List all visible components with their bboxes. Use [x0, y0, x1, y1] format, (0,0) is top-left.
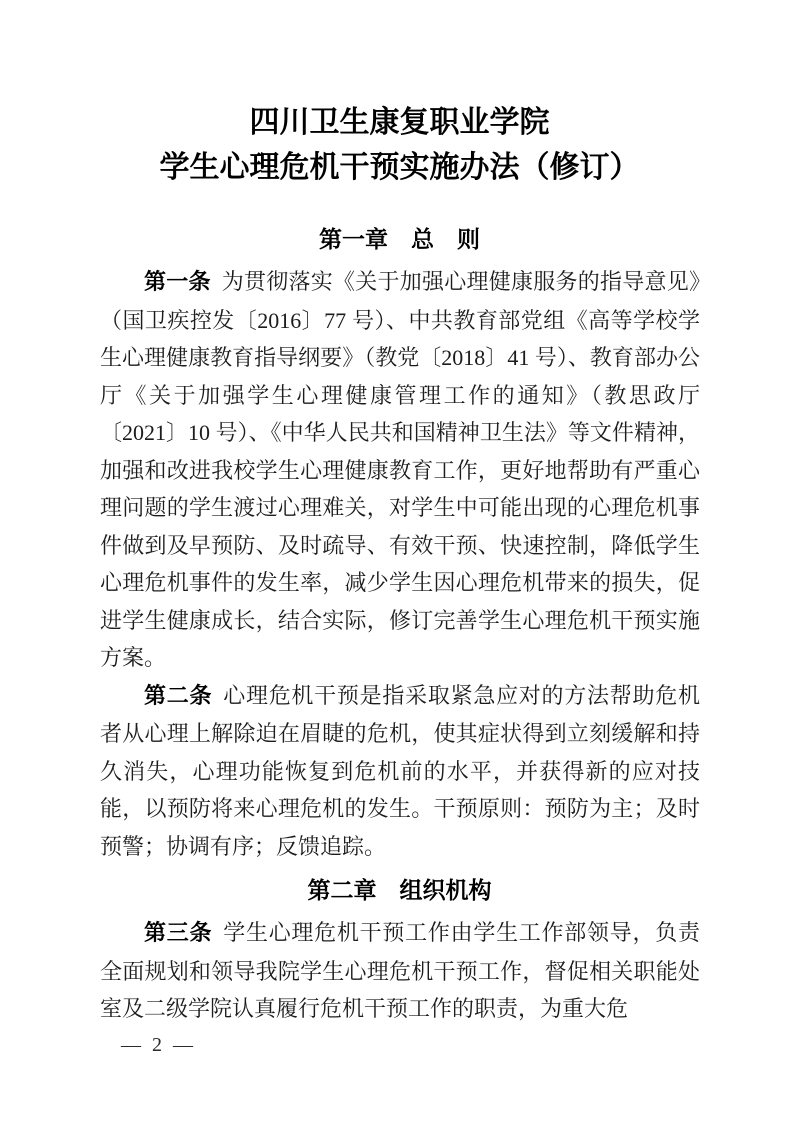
article-1-text: 为贯彻落实《关于加强心理健康服务的指导意见》（国卫疾控发〔2016〕77 号）、…	[100, 269, 700, 670]
article-2-label: 第二条	[144, 684, 212, 709]
article-1: 第一条为贯彻落实《关于加强心理健康服务的指导意见》（国卫疾控发〔2016〕77 …	[100, 263, 700, 677]
doc-title-line1: 四川卫生康复职业学院	[0, 100, 799, 145]
doc-title: 四川卫生康复职业学院 学生心理危机干预实施办法（修订）	[0, 0, 799, 190]
article-3: 第三条学生心理危机干预工作由学生工作部领导，负责全面规划和领导我院学生心理危机干…	[100, 914, 700, 1028]
doc-title-line2: 学生心理危机干预实施办法（修订）	[0, 145, 799, 190]
article-2: 第二条心理危机干预是指采取紧急应对的方法帮助危机者从心理上解除迫在眉睫的危机，使…	[100, 677, 700, 866]
chapter-2-heading: 第二章 组织机构	[0, 872, 799, 910]
page-footer: — 2 —	[121, 1034, 196, 1057]
article-1-label: 第一条	[144, 270, 211, 295]
article-3-label: 第三条	[144, 921, 212, 946]
chapter-1-heading: 第一章 总 则	[0, 221, 799, 259]
document-page: 四川卫生康复职业学院 学生心理危机干预实施办法（修订） 第一章 总 则 第一条为…	[0, 0, 799, 1130]
page-number: — 2 —	[121, 1034, 196, 1056]
